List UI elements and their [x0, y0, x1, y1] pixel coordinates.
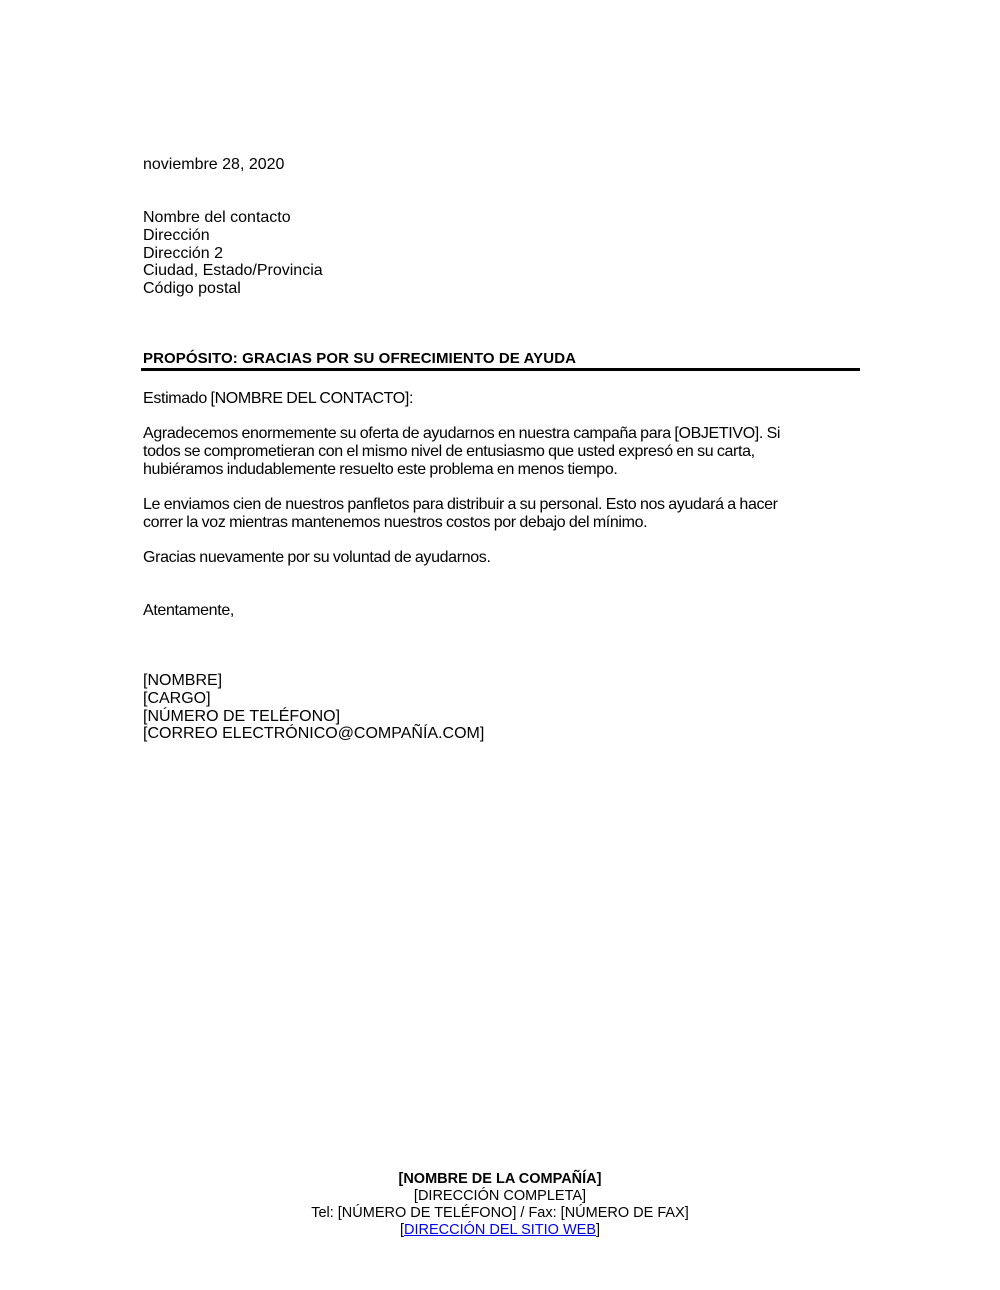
company-footer: [NOMBRE DE LA COMPAÑÍA] [DIRECCIÓN COMPL… [0, 1171, 1000, 1239]
recipient-city-state: Ciudad, Estado/Provincia [143, 262, 323, 280]
paragraph-2: Le enviamos cien de nuestros panfletos p… [143, 496, 859, 532]
paragraph-1-line: todos se comprometieran con el mismo niv… [143, 443, 859, 461]
footer-company-name: [NOMBRE DE LA COMPAÑÍA] [0, 1171, 1000, 1188]
recipient-postal-code: Código postal [143, 280, 323, 298]
recipient-address: Nombre del contacto Dirección Dirección … [143, 209, 323, 298]
salutation: Estimado [NOMBRE DEL CONTACTO]: [143, 390, 859, 408]
paragraph-3: Gracias nuevamente por su voluntad de ay… [143, 549, 859, 567]
footer-website: [DIRECCIÓN DEL SITIO WEB] [0, 1222, 1000, 1239]
letter-date: noviembre 28, 2020 [143, 156, 284, 174]
purpose-heading: PROPÓSITO: GRACIAS POR SU OFRECIMIENTO D… [143, 350, 576, 367]
website-link[interactable]: DIRECCIÓN DEL SITIO WEB [404, 1222, 596, 1238]
signature-email: [CORREO ELECTRÓNICO@COMPAÑÍA.COM] [143, 725, 484, 743]
signature-name: [NOMBRE] [143, 672, 484, 690]
signature-title: [CARGO] [143, 690, 484, 708]
paragraph-1: Agradecemos enormemente su oferta de ayu… [143, 425, 859, 478]
heading-rule [141, 368, 860, 371]
signature-block: [NOMBRE] [CARGO] [NÚMERO DE TELÉFONO] [C… [143, 672, 484, 743]
footer-address: [DIRECCIÓN COMPLETA] [0, 1188, 1000, 1205]
letter-page: noviembre 28, 2020 Nombre del contacto D… [0, 0, 1000, 1290]
closing: Atentamente, [143, 602, 859, 620]
paragraph-2-line: correr la voz mientras mantenemos nuestr… [143, 514, 859, 532]
footer-website-bracket-close: ] [596, 1222, 600, 1238]
paragraph-1-line: hubiéramos indudablemente resuelto este … [143, 461, 859, 479]
footer-contact: Tel: [NÚMERO DE TELÉFONO] / Fax: [NÚMERO… [0, 1205, 1000, 1222]
paragraph-1-line: Agradecemos enormemente su oferta de ayu… [143, 425, 859, 443]
signature-phone: [NÚMERO DE TELÉFONO] [143, 708, 484, 726]
recipient-name: Nombre del contacto [143, 209, 323, 227]
paragraph-2-line: Le enviamos cien de nuestros panfletos p… [143, 496, 859, 514]
paragraph-3-line: Gracias nuevamente por su voluntad de ay… [143, 549, 859, 567]
recipient-address-line-1: Dirección [143, 227, 323, 245]
recipient-address-line-2: Dirección 2 [143, 245, 323, 263]
